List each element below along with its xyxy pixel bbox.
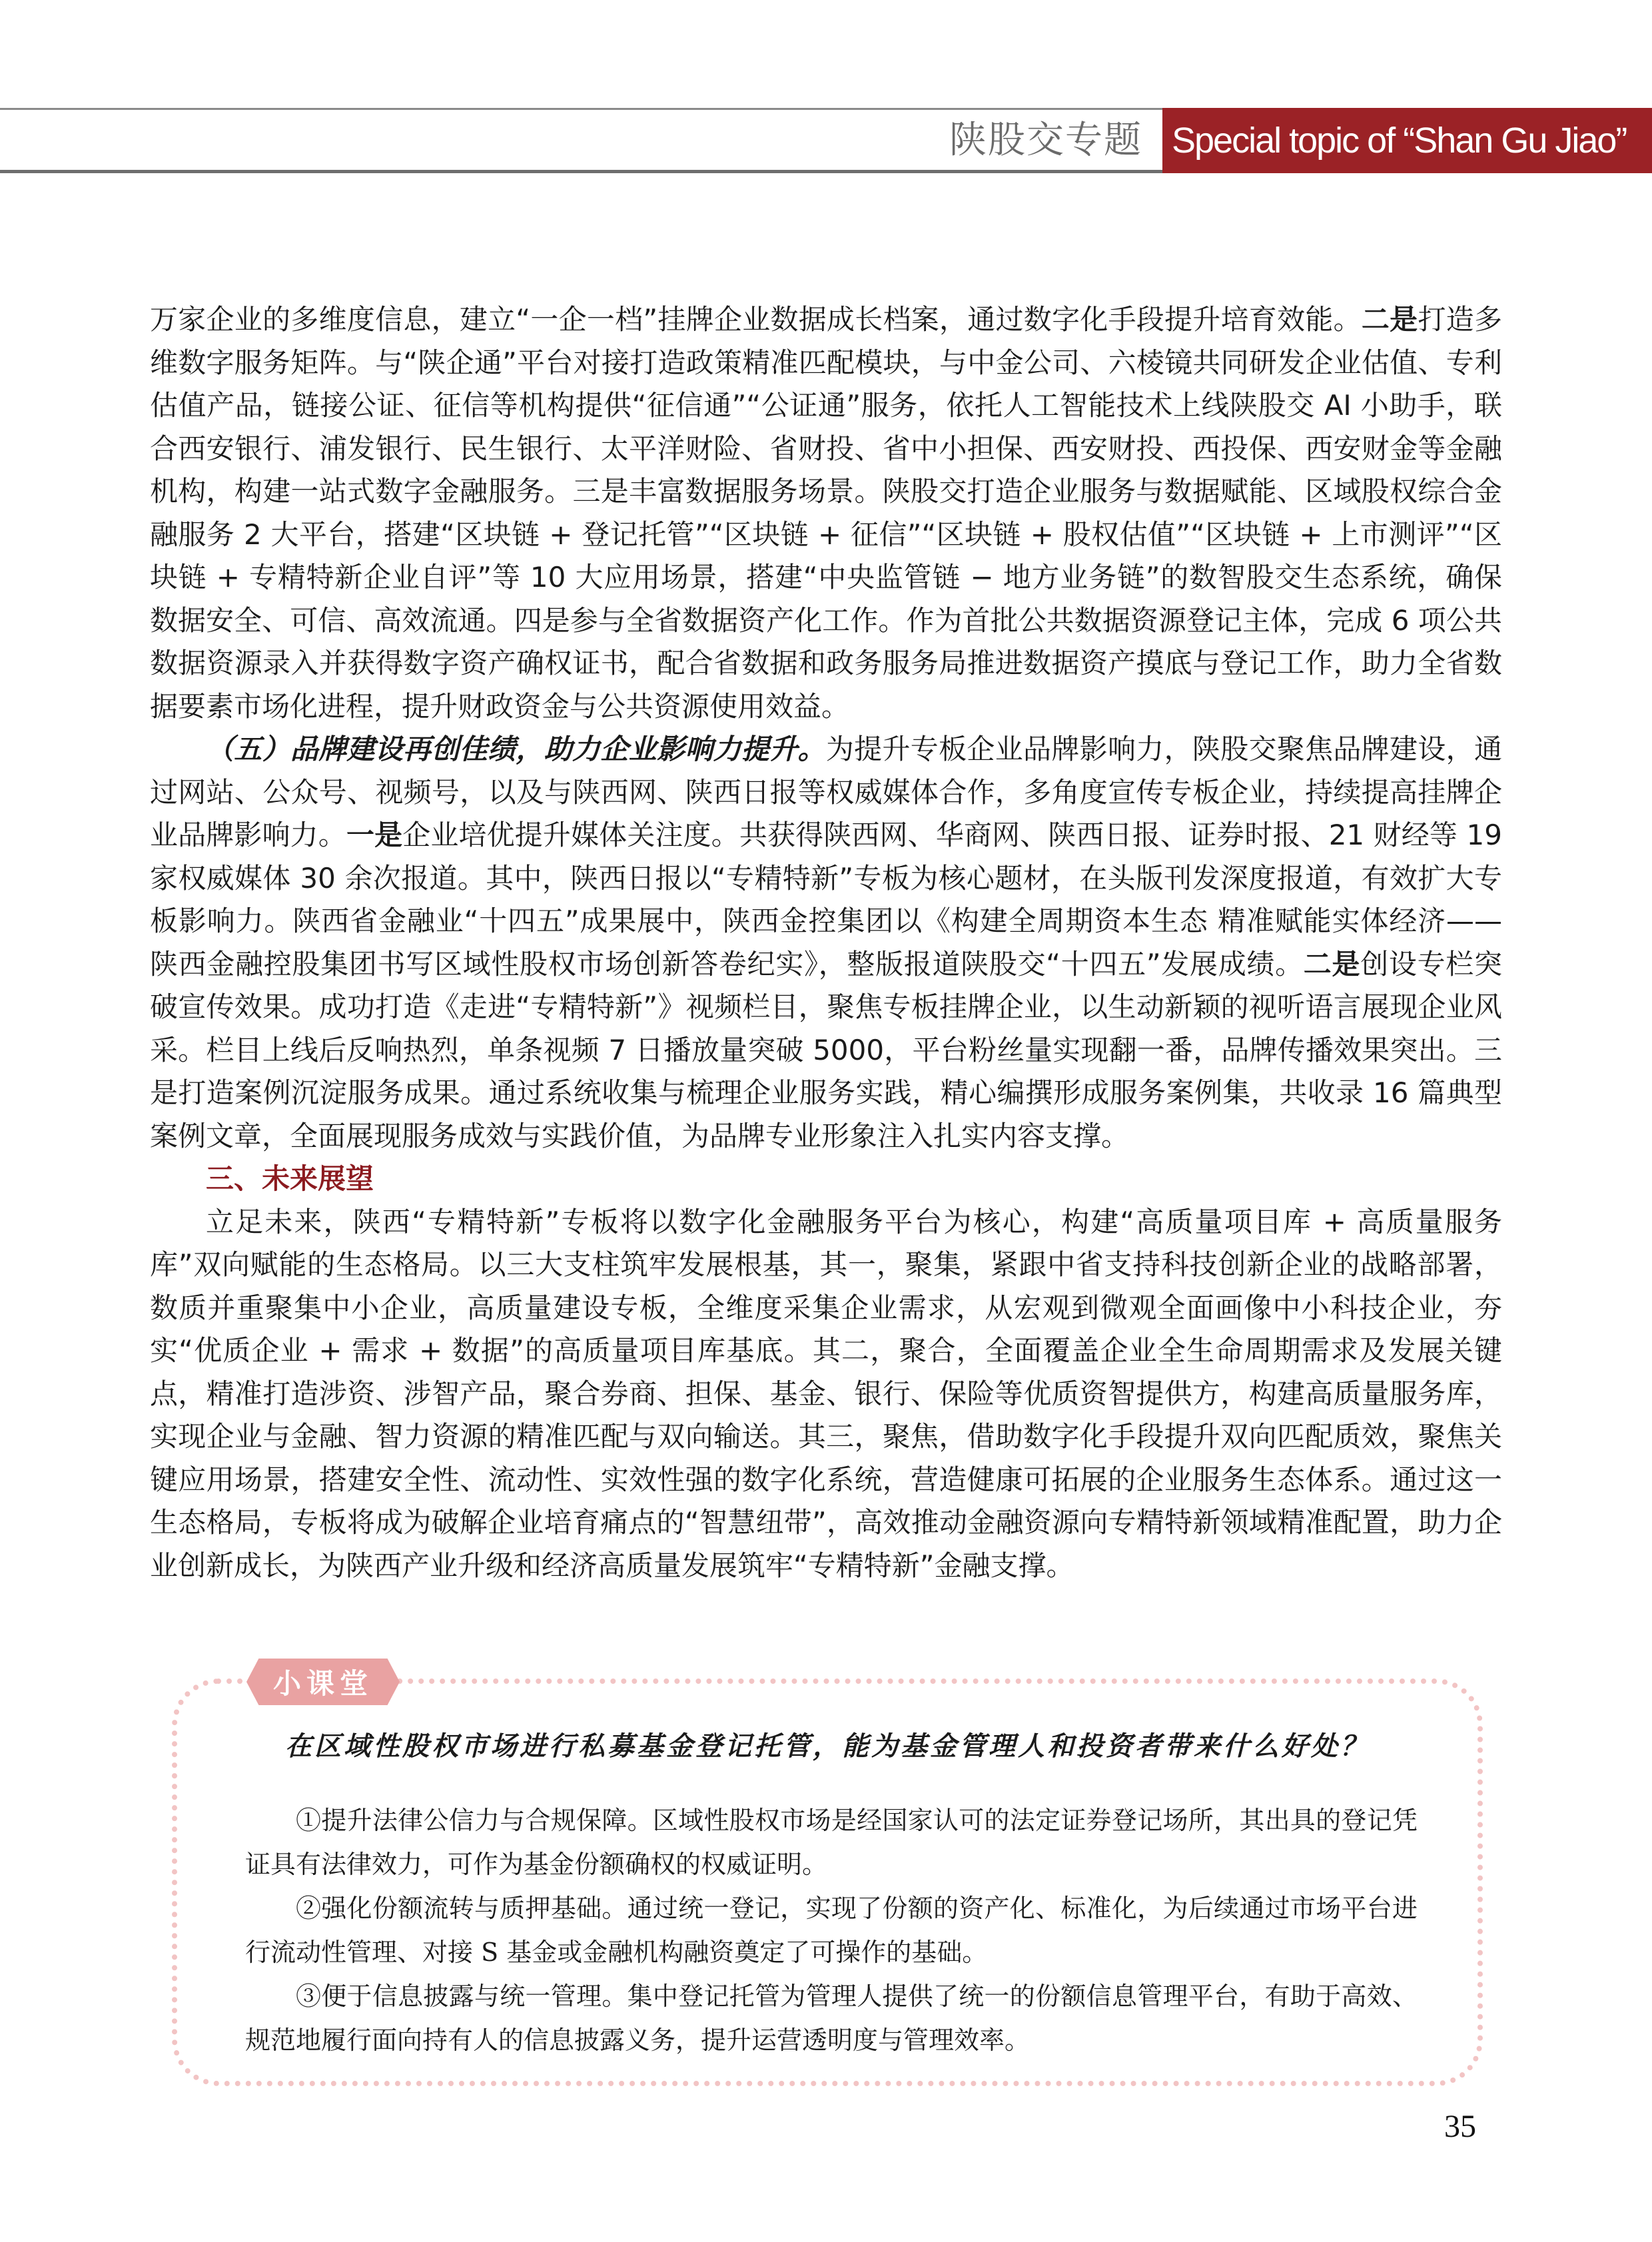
lesson-answer-2: ②强化份额流转与质押基础。通过统一登记，实现了份额的资产化、标准化，为后续通过市… [245,1886,1418,1974]
paragraph-future-outlook: 立足未来，陕西“专精特新”专板将以数字化金融服务平台为核心，构建“高质量项目库 … [150,1201,1502,1588]
section-title-english: Special topic of “Shan Gu Jiao” [1172,117,1626,164]
header-top-rule [0,108,1162,110]
paragraph-brand-building: （五）品牌建设再创佳绩，助力企业影响力提升。为提升专板企业品牌影响力，陕股交聚焦… [150,728,1502,1158]
emphasis-marker: 一是 [346,819,402,851]
lesson-question: 在区域性股权市场进行私募基金登记托管，能为基金管理人和投资者带来什么好处？ [172,1725,1483,1763]
article-body: 万家企业的多维度信息，建立“一企一档”挂牌企业数据成长档案，通过数字化手段提升培… [150,298,1502,1587]
lesson-answers: ①提升法律公信力与合规保障。区域性股权市场是经国家认可的法定证券登记场所，其出具… [245,1798,1418,2062]
paragraph-digital-services: 万家企业的多维度信息，建立“一企一档”挂牌企业数据成长档案，通过数字化手段提升培… [150,298,1502,728]
subsection-heading: （五）品牌建设再创佳绩，助力企业影响力提升。 [206,733,826,765]
header-red-banner: Special topic of “Shan Gu Jiao” [1162,108,1652,173]
header-bottom-rule [0,170,1162,173]
page-header: 陕股交专题 Special topic of “Shan Gu Jiao” [0,108,1652,172]
emphasis-marker: 二是 [1362,303,1418,336]
section-title-chinese: 陕股交专题 [949,117,1142,164]
mini-lesson-box: 小课堂 在区域性股权市场进行私募基金登记托管，能为基金管理人和投资者带来什么好处… [172,1679,1483,2086]
lesson-tag: 小课堂 [246,1659,400,1705]
lesson-answer-3: ③便于信息披露与统一管理。集中登记托管为管理人提供了统一的份额信息管理平台，有助… [245,1974,1418,2062]
emphasis-marker: 二是 [1304,948,1360,980]
lesson-tag-label: 小课堂 [273,1662,373,1702]
section-heading-future-outlook: 三、未来展望 [150,1158,1502,1201]
lesson-answer-1: ①提升法律公信力与合规保障。区域性股权市场是经国家认可的法定证券登记场所，其出具… [245,1798,1418,1886]
page-number: 35 [1444,2108,1476,2145]
